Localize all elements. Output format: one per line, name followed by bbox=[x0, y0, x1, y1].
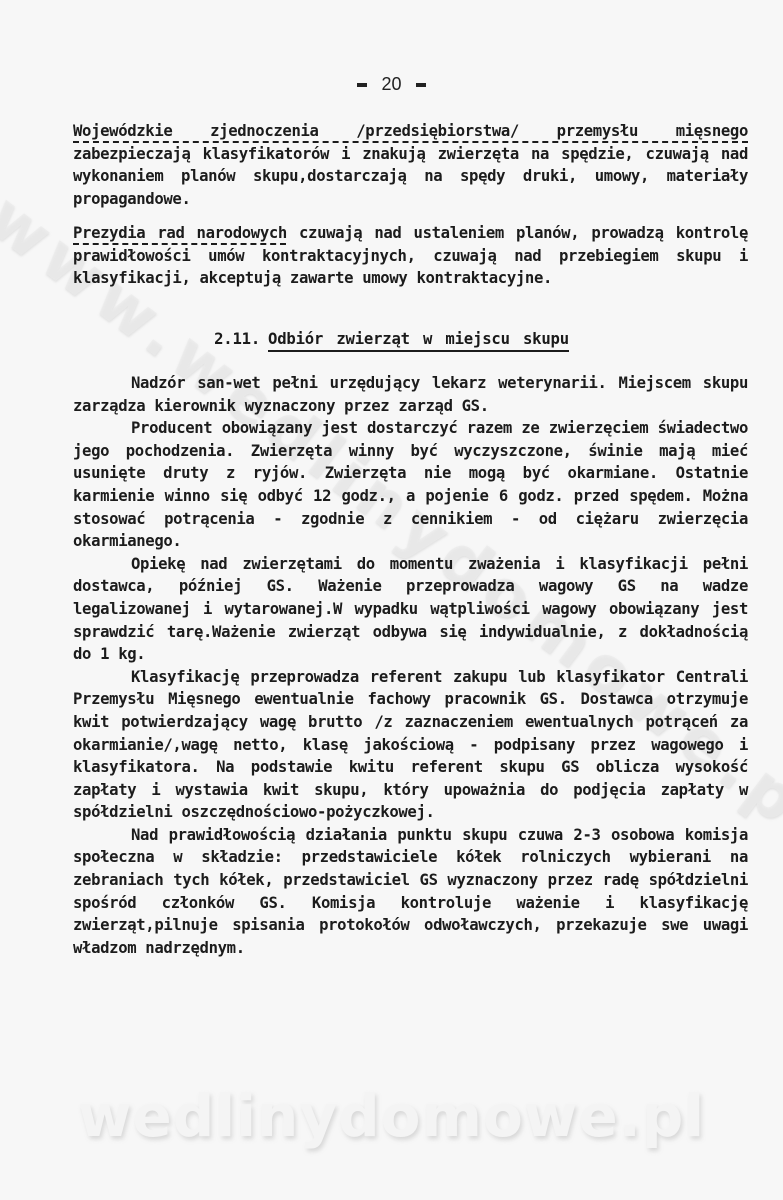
paragraph-care-weighing: Opiekę nad zwierzętami do momentu zważen… bbox=[73, 553, 748, 666]
paragraph-voivodeship-unions: Wojewódzkie zjednoczenia /przedsiębiorst… bbox=[73, 120, 748, 210]
paragraph-producent: Producent obowiązany jest dostarczyć raz… bbox=[73, 417, 748, 553]
dash-right bbox=[416, 83, 426, 87]
paragraph-supervision: Nadzór san-wet pełni urzędujący lekarz w… bbox=[73, 372, 748, 417]
dash-left bbox=[357, 83, 367, 87]
section-body: Nadzór san-wet pełni urzędujący lekarz w… bbox=[73, 372, 748, 959]
paragraph-classification: Klasyfikację przeprowadza referent zakup… bbox=[73, 666, 748, 824]
paragraph-commission: Nad prawidłowością działania punktu skup… bbox=[73, 824, 748, 960]
section-heading: 2.11.Odbiór zwierząt w miejscu skupu bbox=[0, 330, 783, 348]
document-page: www.wedlinydomowe.pl 20 Wojewódzkie zjed… bbox=[0, 0, 783, 1200]
paragraph-national-councils: Prezydia rad narodowych czuwają nad usta… bbox=[73, 222, 748, 290]
section-title: Odbiór zwierząt w miejscu skupu bbox=[268, 330, 569, 352]
page-number-value: 20 bbox=[381, 74, 401, 94]
underlined-lead: Prezydia rad narodowych bbox=[73, 224, 287, 242]
paragraph-text: zabezpieczają klasyfikatorów i znakują z… bbox=[73, 145, 748, 208]
section-number: 2.11. bbox=[214, 330, 260, 348]
watermark-bottom: wedlinydomowe.pl bbox=[0, 1082, 783, 1150]
underlined-lead: Wojewódzkie zjednoczenia /przedsiębiorst… bbox=[73, 122, 748, 140]
page-number: 20 bbox=[0, 74, 783, 95]
